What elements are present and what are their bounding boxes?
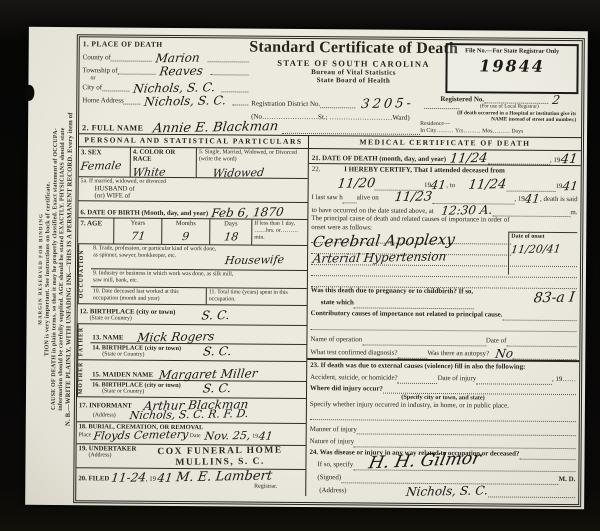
- age-less-label: If less than 1 day, ……hrs. or………min.: [254, 221, 305, 243]
- dotted-line: [111, 51, 152, 61]
- contributory-row: Contributory causes of importance not re…: [311, 308, 577, 321]
- operation-label: Name of operation: [310, 336, 362, 345]
- address-row: (Address) Nichols, S. C.: [309, 483, 575, 498]
- county-label: County of: [83, 53, 111, 61]
- full-name-label: 2. FULL NAME: [82, 123, 143, 132]
- totaltime-label: 11. Total time (years) spent in this occ…: [209, 289, 305, 304]
- marital-cell: 5. Single, Married, Widowed, or Divorced…: [197, 148, 308, 178]
- date-of-death-year-value: 41: [560, 153, 578, 166]
- age-months-cell: Months 9: [162, 219, 210, 244]
- father-rows: 13. NAME Mick Rogers 14. BIRTHPLACE (cit…: [90, 324, 306, 361]
- age-months-value: 9: [182, 231, 190, 242]
- age-label-cell: 7. AGE: [78, 218, 114, 243]
- burial-place-value: Floyds Cemetery: [92, 429, 188, 442]
- birthplace-labels: 12. BIRTHPLACE (city or town) (State or …: [80, 308, 176, 323]
- dotted-line: [513, 350, 577, 360]
- certify-text: I HEREBY CERTIFY, That I attended deceas…: [344, 165, 505, 174]
- date-of-onset-box: Date of onset 11/20/41: [508, 232, 577, 276]
- last-saw-mid: alive on: [357, 195, 379, 204]
- dotted-line: [493, 207, 571, 218]
- residence-block: Residence— In City……… Yrs……… Mos……… Days: [420, 121, 578, 136]
- cause-of-death-value2: Arterial Hypertension: [312, 251, 447, 265]
- attended-to-value: 11/24: [468, 178, 507, 192]
- age-label: 7. AGE: [80, 219, 111, 227]
- dotted-line: [124, 95, 141, 105]
- father-name-label: 13. NAME: [92, 334, 123, 341]
- father-birthplace-row: 14. BIRTHPLACE (city or town) (State or …: [90, 343, 306, 361]
- dotted-line: [506, 336, 576, 347]
- trade-row: 8. Trade, profession, or particular kind…: [91, 244, 307, 271]
- age-days-value: 18: [223, 231, 238, 242]
- to-year-value: 41: [562, 180, 579, 192]
- undertaker-labels: 19. UNDERTAKER (Address): [78, 445, 136, 460]
- death-certificate-sheet: MARGIN RESERVED FOR BINDING TION is very…: [25, 27, 588, 509]
- registered-number-value: 2: [552, 94, 561, 106]
- form-header: 1. PLACE OF DEATH County of Marion Towns…: [79, 37, 582, 138]
- father-name-row: 13. NAME Mick Rogers: [90, 324, 306, 344]
- informant-address-value: Nichols, S. C. R. F. D.: [129, 408, 249, 421]
- dotted-line: [208, 52, 249, 62]
- dotted-line: [118, 65, 156, 75]
- cause-of-death-area: Date of onset 11/20/41 Cerebral Apoplexy…: [311, 232, 577, 289]
- mother-birthplace-row: 16. BIRTHPLACE (city or town) (State or …: [90, 380, 306, 398]
- attended-from-value: 11/20: [337, 177, 376, 191]
- date-of-onset-label: Date of onset: [511, 234, 575, 241]
- industry-row: 9. Industry or business in which work wa…: [91, 269, 307, 288]
- ruled-line: [311, 319, 577, 332]
- pregnancy-block: Was this death due to pregnancy or to ch…: [311, 287, 577, 310]
- birthplace-sublabel: (State or Country): [90, 315, 176, 323]
- registration-district-value: 3205-: [361, 97, 415, 111]
- father-vertical-label: FATHER: [77, 324, 90, 359]
- race-value: White: [132, 166, 166, 178]
- lastworked-cell: 10. Date deceased last worked at this oc…: [91, 287, 207, 304]
- statistical-code-value: 83-a I: [533, 291, 576, 306]
- father-birthplace-labels: 14. BIRTHPLACE (city or town) (State or …: [92, 344, 181, 359]
- occupation-rows: 8. Trade, profession, or particular kind…: [91, 244, 307, 305]
- signature-block: H. H. Gilmor If so, specify (Signed) M. …: [309, 458, 575, 498]
- totaltime-cell: 11. Total time (years) spent in this occ…: [207, 288, 307, 305]
- personal-column: PERSONAL AND STATISTICAL PARTICULARS 3. …: [76, 134, 309, 496]
- autopsy-row: What test confirmed diagnosis? Was there…: [307, 345, 579, 362]
- operation-date-label: Date of: [486, 338, 507, 347]
- to-label: , to: [446, 182, 455, 191]
- manner-label: Manner of injury: [310, 426, 357, 435]
- registrar-signature: M. E. Lambert: [175, 469, 272, 484]
- physician-address-value: Nichols, S. C.: [406, 484, 489, 497]
- ruled-line: [310, 410, 576, 423]
- dotted-line: [484, 93, 549, 104]
- dotted-line: [282, 124, 420, 135]
- from-year-value: 41: [430, 179, 447, 191]
- dotted-line: [398, 374, 438, 384]
- filed-label: 20. FILED: [78, 475, 109, 482]
- pregnancy-line2: state which: [321, 299, 354, 308]
- undertaker-stamp-line2: MULLINS, S. C.: [136, 456, 303, 469]
- county-value: Marion: [155, 52, 201, 65]
- dotted-line: [488, 487, 575, 498]
- mother-birthplace-labels: 16. BIRTHPLACE (city or town) (State or …: [92, 381, 181, 396]
- dotted-line: [519, 450, 575, 460]
- date-of-death-year-printed: , 19: [550, 156, 560, 165]
- board-line: State Board of Health: [247, 75, 459, 85]
- city-label: City of: [82, 83, 102, 91]
- birthplace-value: S. C.: [201, 309, 231, 321]
- dotted-line: [320, 98, 355, 108]
- date-of-death-row: 21. DATE OF DEATH (month, day, and year)…: [309, 149, 581, 166]
- date-of-death-value: 11/24: [449, 152, 488, 166]
- dotted-line: [102, 81, 129, 91]
- dotted-line: [343, 193, 357, 203]
- sex-cell: 3. SEX Female: [79, 147, 131, 176]
- dotted-line: [211, 65, 249, 75]
- injury-date-label: Date of injury: [438, 375, 477, 384]
- undertaker-stamp: COX FUNERAL HOME MULLINS, S. C.: [136, 445, 303, 469]
- state-line: STATE OF SOUTH CAROLINA: [248, 57, 460, 69]
- spouse-row: 5a. If married, widowed, or divorced HUS…: [79, 177, 308, 203]
- industry-label: 9. Industry or business in which work wa…: [93, 270, 243, 286]
- signed-label: (Signed): [317, 474, 341, 483]
- burial-date-value: Nov. 25,: [204, 430, 251, 442]
- trade-value: Housewife: [224, 254, 285, 266]
- lastworked-row: 10. Date deceased last worked at this oc…: [91, 287, 307, 305]
- father-birthplace-sublabel: (State or Country): [102, 351, 181, 359]
- last-saw-post: , death is said: [540, 196, 578, 205]
- informant-label: 17. INFORMANT: [79, 402, 132, 409]
- dotted-line: [397, 349, 427, 359]
- filed-row: 20. FILED 11-24 , 19 41 M. E. Lambert Re…: [76, 468, 305, 496]
- dotted-line: [506, 181, 555, 191]
- informant-address-label: (Address): [93, 412, 116, 419]
- medical-column: MEDICAL CERTIFICATE OF DEATH 21. DATE OF…: [306, 136, 581, 498]
- dotted-line: [502, 311, 576, 322]
- sex-value: Female: [80, 160, 122, 172]
- nature-label: Nature of injury: [310, 438, 354, 447]
- date-of-death-label: 21. DATE OF DEATH (month, day, and year): [312, 155, 446, 165]
- date-of-birth-value: Feb 6, 1870: [210, 206, 284, 219]
- occupation-block: OCCUPATION 8. Trade, profession, or part…: [78, 244, 307, 306]
- mother-vertical-label: MOTHER: [77, 360, 90, 396]
- physician-address-label: (Address): [319, 487, 346, 496]
- mother-name-row: 15. MAIDEN NAME Margaret Miller: [90, 360, 306, 381]
- mother-name-value: Margaret Miller: [158, 367, 258, 381]
- registered-number-label: Registered No.: [440, 95, 484, 103]
- date-of-birth-row: 6. DATE OF BIRTH (Month, day, and year) …: [78, 201, 307, 220]
- date-of-onset-value: 11/20/41: [510, 244, 561, 256]
- informant-row: 17. INFORMANT Arthur Blackman (Address) …: [77, 397, 306, 424]
- occurred-m-label: m.: [570, 209, 577, 218]
- undertaker-address-label: (Address): [88, 452, 136, 460]
- ifso-label: If so, specify: [317, 461, 353, 470]
- sex-race-marital-row: 3. SEX Female 4. COLOR OR RACE White 5. …: [79, 147, 308, 179]
- certificate-form: 1. PLACE OF DEATH County of Marion Towns…: [73, 34, 585, 507]
- mother-rows: 15. MAIDEN NAME Margaret Miller 16. BIRT…: [90, 360, 306, 398]
- age-days-label: Days: [212, 220, 249, 227]
- autopsy-label: Was there an autopsy?: [427, 350, 489, 359]
- filed-date-value: 11-24: [111, 471, 147, 484]
- autopsy-value: No: [494, 347, 513, 359]
- burial-row: 18. BURIAL, CREMATION, OR REMOVAL Place …: [77, 422, 306, 446]
- age-days-cell: Days 18: [210, 219, 252, 244]
- certificate-title: Standard Certificate of Death: [248, 40, 460, 58]
- residence-line: In City……… Yrs……… Mos……… Days: [420, 128, 578, 136]
- father-birthplace-value: S. C.: [202, 345, 232, 357]
- lastworked-label: 10. Date deceased last worked at this oc…: [93, 288, 204, 303]
- age-row: 7. AGE Years 71 Months 9 Days 18: [78, 218, 307, 246]
- dotted-line: [232, 95, 249, 105]
- item22-number: 22.: [312, 166, 321, 173]
- burial-year-value: 41: [258, 431, 273, 442]
- township-or-label: or: [90, 75, 95, 81]
- md-label: M. D.: [559, 476, 576, 485]
- father-block: FATHER 13. NAME Mick Rogers 14. BIRTHPLA…: [77, 324, 306, 362]
- age-years-value: 71: [130, 231, 145, 242]
- file-number-label: File No.—For State Registrar Only: [448, 47, 577, 55]
- occupation-vertical-label: OCCUPATION: [78, 244, 91, 303]
- scan-artifact: [24, 85, 34, 101]
- undertaker-row: 19. UNDERTAKER (Address) COX FUNERAL HOM…: [76, 444, 305, 470]
- dotted-line: [476, 374, 552, 385]
- race-label: 4. COLOR OR RACE: [133, 149, 194, 163]
- township-value: Reaves: [159, 65, 204, 78]
- township-label: Township of: [83, 66, 118, 74]
- hour-value: 12:30 A.: [441, 204, 494, 217]
- place-of-death-block: 1. PLACE OF DEATH County of Marion Towns…: [82, 39, 249, 105]
- contributory-label: Contributory causes of importance not re…: [311, 311, 503, 321]
- injury-19-label: , 19……: [552, 376, 576, 385]
- mother-name-label: 15. MAIDEN NAME: [92, 371, 153, 378]
- marital-label: 5. Single, Married, Widowed, or Divorced…: [199, 149, 306, 164]
- physician-signature: H. H. Gilmor: [367, 450, 482, 472]
- binding-margin: MARGIN RESERVED FOR BINDING TION is very…: [31, 43, 75, 495]
- burial-date-label: Date: [190, 433, 201, 440]
- last-saw-year-value: 41: [524, 193, 541, 205]
- city-value: Nichols, S. C.: [133, 81, 216, 94]
- registration-district-row: Registration District No. 3205-: [251, 97, 459, 110]
- date-of-birth-label: 6. DATE OF BIRTH (Month, day, and year): [80, 209, 208, 217]
- last-saw-value: 11/23: [394, 190, 433, 204]
- title-block: Standard Certificate of Death STATE OF S…: [247, 40, 459, 85]
- home-address-label: Home Address: [82, 96, 123, 104]
- filed-year-value: 41: [156, 472, 173, 484]
- mother-block: MOTHER 15. MAIDEN NAME Margaret Miller 1…: [77, 360, 306, 399]
- age-years-label: Years: [116, 220, 159, 227]
- sex-label: 3. SEX: [81, 148, 128, 156]
- test-confirmed-label: What test confirmed diagnosis?: [310, 349, 397, 358]
- filed-year-printed: , 19: [146, 476, 156, 483]
- full-name-row: 2. FULL NAME Annie E. Blackman Residence…: [82, 118, 578, 136]
- age-years-cell: Years 71: [114, 218, 162, 243]
- mother-birthplace-sublabel: (State or Country): [102, 388, 181, 396]
- full-name-value: Annie E. Blackman: [152, 120, 279, 135]
- race-cell: 4. COLOR OR RACE White: [131, 148, 197, 178]
- registration-district-label: Registration District No.: [251, 100, 320, 109]
- age-months-label: Months: [164, 220, 207, 227]
- file-number-box: File No.—For State Registrar Only 19844: [445, 43, 578, 94]
- father-name-value: Mick Rogers: [137, 330, 216, 343]
- wife-label: (or) WIFE of: [95, 193, 306, 202]
- home-address-value: Nichols, S. C.: [143, 94, 226, 107]
- form-columns: PERSONAL AND STATISTICAL PARTICULARS 3. …: [76, 134, 581, 498]
- mother-birthplace-value: S. C.: [202, 382, 232, 394]
- cause-of-death-value1: Cerebral Apoplexy: [312, 232, 456, 250]
- birthplace-row: 12. BIRTHPLACE (city or town) (State or …: [78, 304, 307, 326]
- burial-place-label: Place: [79, 432, 92, 439]
- trade-label: 8. Trade, profession, or particular kind…: [93, 245, 221, 260]
- age-less-cell: If less than 1 day, ……hrs. or………min.: [252, 220, 307, 245]
- dotted-line: [488, 155, 550, 165]
- file-number-value: 19844: [479, 58, 545, 75]
- dotted-line: [221, 82, 248, 92]
- last-saw-pre: I last saw h: [312, 194, 343, 203]
- place-of-death-title: 1. PLACE OF DEATH: [83, 39, 249, 49]
